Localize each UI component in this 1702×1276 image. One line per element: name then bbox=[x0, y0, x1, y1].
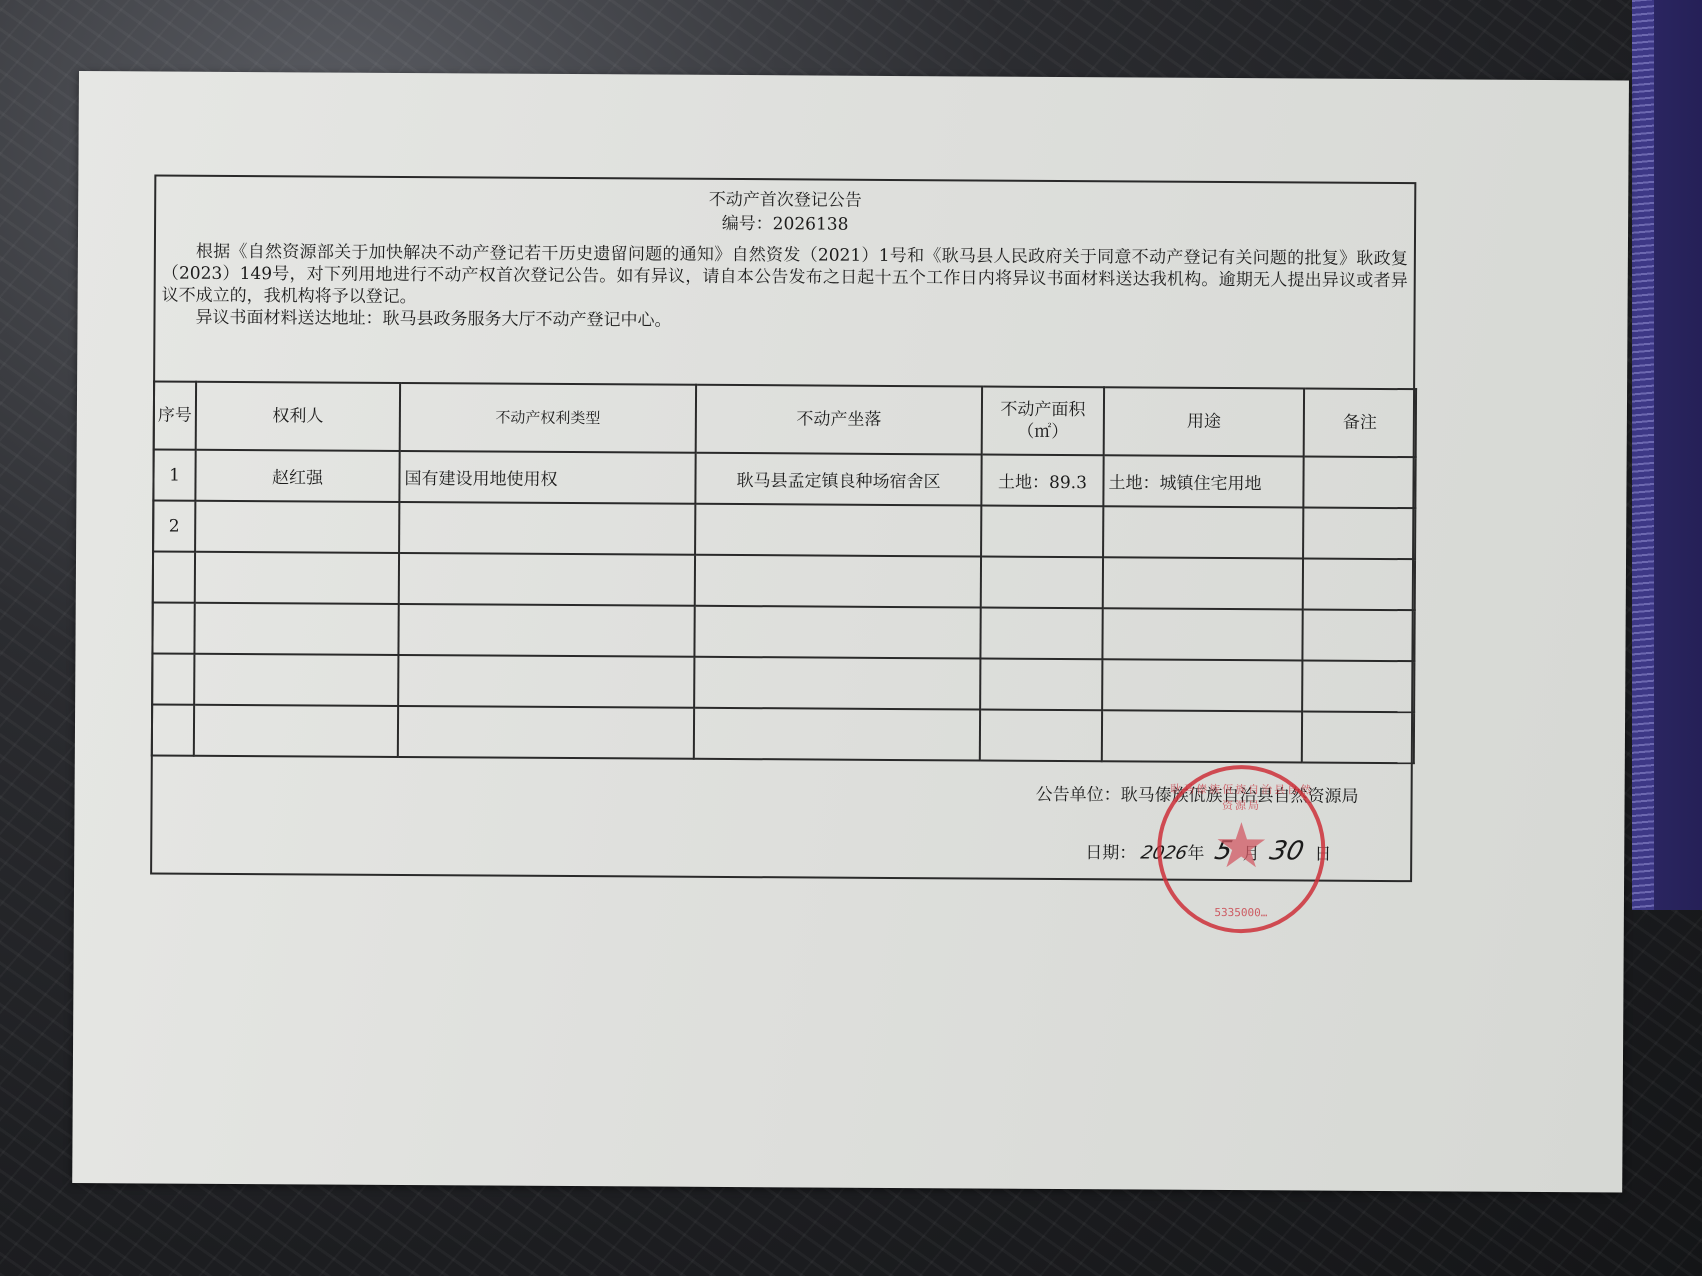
issuer-name: 耿马傣族佤族自治县自然资源局 bbox=[1121, 785, 1359, 806]
cell-usage bbox=[1102, 659, 1302, 711]
cell-index: 1 bbox=[153, 449, 195, 500]
date-year-handwritten: 2026 bbox=[1139, 843, 1189, 864]
table-row: 2 bbox=[153, 500, 1415, 559]
cell-location bbox=[694, 657, 980, 710]
cell-usage: 土地：城镇住宅用地 bbox=[1103, 455, 1303, 507]
cell-remarks bbox=[1302, 711, 1414, 763]
cell-location bbox=[694, 606, 980, 659]
date-day-handwritten: 30 bbox=[1267, 836, 1307, 866]
notice-header: 不动产首次登记公告 编号：2026138 bbox=[156, 184, 1414, 240]
notice-paragraph-main: 根据《自然资源部关于加快解决不动产登记若干历史遗留问题的通知》自然资发（2021… bbox=[162, 241, 1408, 315]
cell-right-type bbox=[399, 502, 695, 555]
issuer-label: 公告单位： bbox=[1036, 785, 1121, 806]
seal-code: 5335000… bbox=[1161, 906, 1321, 920]
cell-area bbox=[980, 710, 1102, 762]
cell-remarks bbox=[1302, 609, 1414, 661]
cell-remarks bbox=[1303, 456, 1415, 508]
table-row: 1赵红强国有建设用地使用权耿马县孟定镇良种场宿舍区土地：89.3土地：城镇住宅用… bbox=[153, 449, 1415, 508]
cell-location bbox=[694, 708, 980, 761]
cell-right-holder bbox=[195, 552, 399, 604]
date-label: 日期： bbox=[1085, 843, 1136, 863]
cell-right-type bbox=[399, 553, 695, 606]
header-remarks: 备注 bbox=[1304, 388, 1416, 457]
cell-area bbox=[980, 608, 1102, 660]
header-index: 序号 bbox=[154, 381, 196, 449]
cell-usage bbox=[1103, 557, 1303, 609]
cell-usage bbox=[1102, 608, 1302, 660]
cell-index bbox=[152, 653, 194, 704]
cell-right-holder bbox=[194, 603, 398, 655]
cell-location: 耿马县孟定镇良种场宿舍区 bbox=[695, 453, 981, 506]
table-header-row: 序号 权利人 不动产权利类型 不动产坐落 不动产面积 （㎡） 用途 备注 bbox=[154, 381, 1416, 457]
cell-index bbox=[152, 704, 194, 755]
registration-table: 序号 权利人 不动产权利类型 不动产坐落 不动产面积 （㎡） 用途 备注 1赵红… bbox=[151, 380, 1417, 764]
cell-location bbox=[695, 504, 981, 557]
day-char: 日 bbox=[1314, 845, 1331, 865]
cell-right-holder bbox=[194, 654, 398, 706]
cell-area bbox=[981, 557, 1103, 609]
issuer: 公告单位：耿马傣族佤族自治县自然资源局 bbox=[1036, 780, 1359, 807]
purple-cloth-edge bbox=[1632, 0, 1702, 910]
header-right-holder: 权利人 bbox=[196, 382, 400, 451]
cell-usage bbox=[1102, 710, 1302, 762]
table-row bbox=[152, 653, 1414, 712]
header-area-line2: （㎡） bbox=[987, 421, 1099, 444]
cell-right-type: 国有建设用地使用权 bbox=[399, 451, 695, 504]
cell-right-holder: 赵红强 bbox=[195, 450, 399, 502]
cell-location bbox=[695, 555, 981, 608]
cell-right-holder bbox=[195, 501, 399, 553]
notice-date: 日期： 2026年 5 月 30 日 bbox=[1085, 835, 1331, 867]
cell-index: 2 bbox=[153, 500, 195, 551]
cell-right-type bbox=[398, 655, 694, 708]
date-month-handwritten: 5 bbox=[1212, 836, 1235, 866]
notice-number-value: 2026138 bbox=[773, 214, 849, 234]
notice-paper: 不动产首次登记公告 编号：2026138 根据《自然资源部关于加快解决不动产登记… bbox=[72, 71, 1629, 1192]
cell-remarks bbox=[1302, 660, 1414, 712]
notice-number-label: 编号： bbox=[722, 214, 773, 234]
header-usage: 用途 bbox=[1104, 387, 1304, 456]
table-row bbox=[152, 704, 1414, 763]
cell-remarks bbox=[1303, 558, 1415, 610]
cell-area bbox=[981, 506, 1103, 558]
header-location: 不动产坐落 bbox=[696, 385, 982, 455]
header-right-type: 不动产权利类型 bbox=[400, 383, 696, 453]
cell-area: 土地：89.3 bbox=[981, 455, 1103, 507]
header-area: 不动产面积 （㎡） bbox=[982, 387, 1104, 456]
year-char: 年 bbox=[1187, 844, 1204, 864]
notice-body: 根据《自然资源部关于加快解决不动产登记若干历史遗留问题的通知》自然资发（2021… bbox=[161, 241, 1408, 337]
table-row bbox=[152, 602, 1414, 661]
cell-right-type bbox=[398, 706, 694, 759]
header-area-line1: 不动产面积 bbox=[987, 399, 1099, 422]
cell-index bbox=[152, 602, 194, 653]
cell-area bbox=[980, 659, 1102, 711]
cell-usage bbox=[1103, 506, 1303, 558]
cell-index bbox=[153, 551, 195, 602]
cell-right-type bbox=[398, 604, 694, 657]
notice-form: 不动产首次登记公告 编号：2026138 根据《自然资源部关于加快解决不动产登记… bbox=[150, 174, 1416, 882]
cell-right-holder bbox=[194, 705, 398, 757]
cell-remarks bbox=[1303, 507, 1415, 559]
table-row bbox=[153, 551, 1415, 610]
month-char: 月 bbox=[1243, 844, 1260, 864]
